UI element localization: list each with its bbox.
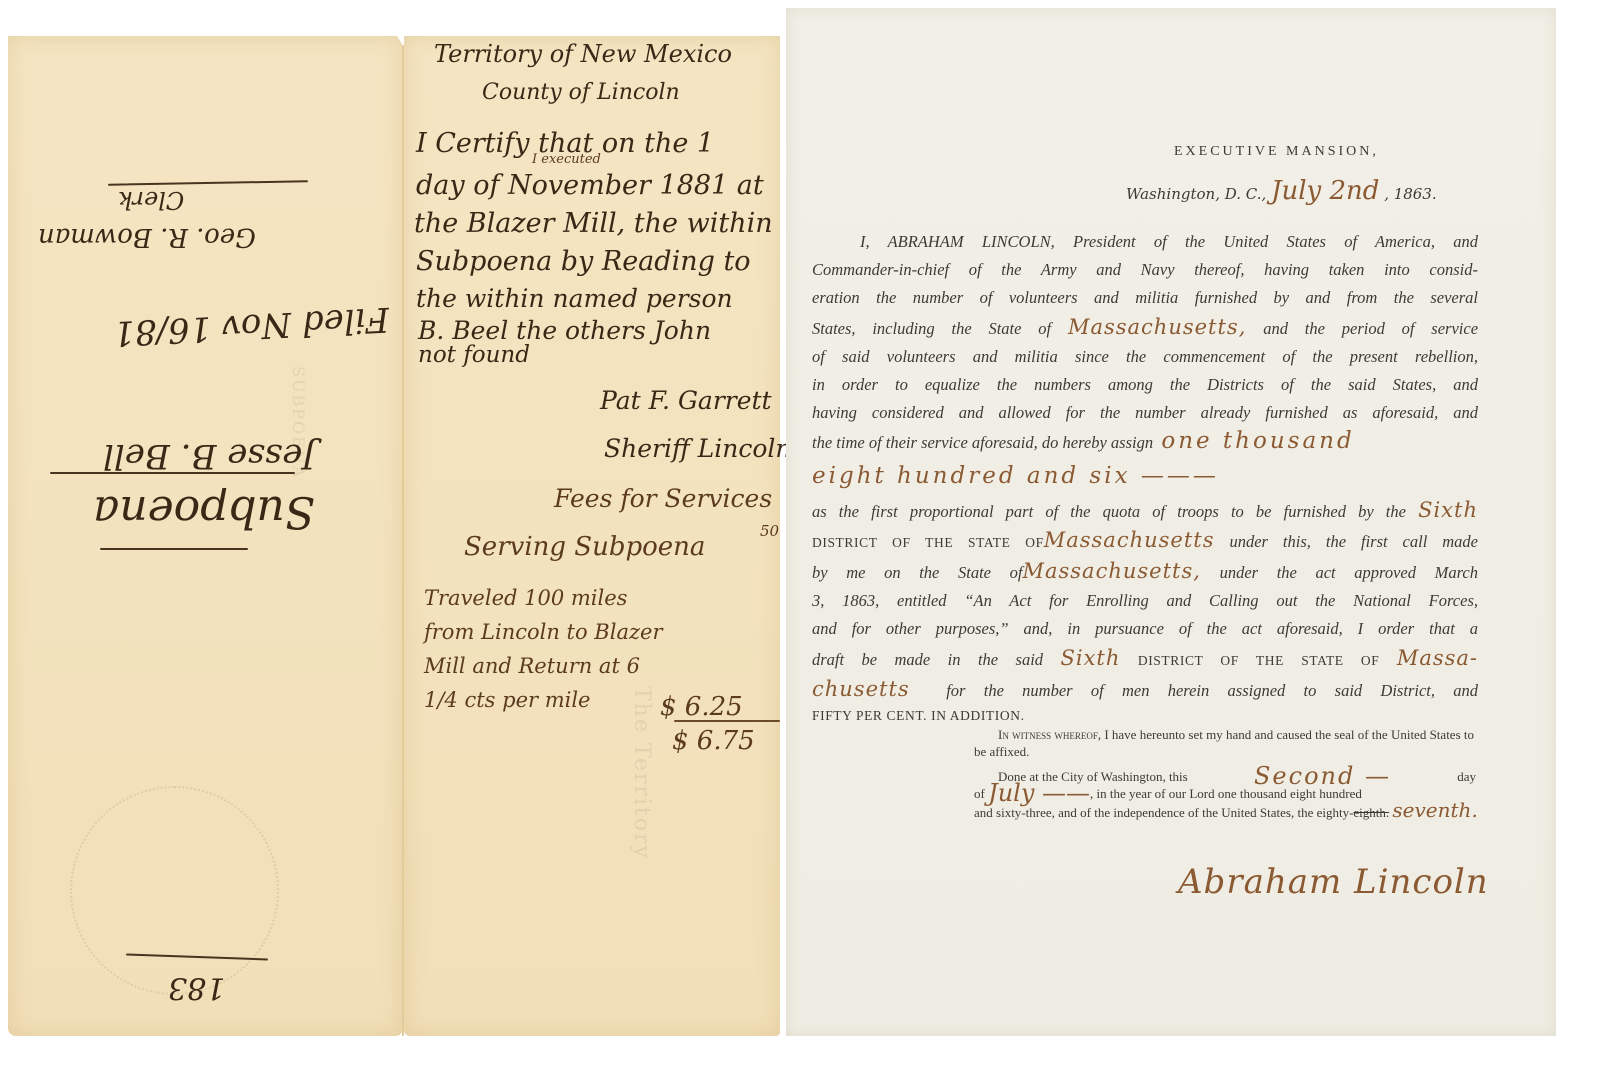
body-line-10: as the first proportional part of the qu… <box>812 496 1478 526</box>
return-line-4: day of November 1881 at <box>416 170 764 201</box>
lincoln-signature: Abraham Lincoln <box>1178 862 1489 902</box>
body-line-4-end: and the period of service <box>1263 319 1478 338</box>
letterhead-city: Washington, D. C., <box>1126 185 1266 203</box>
return-line-7: the within named person <box>416 284 733 313</box>
sheriff-title: Sheriff Lincoln <box>604 434 791 463</box>
fee-subtotal: $ 6.25 <box>660 692 743 722</box>
return-line-1: Territory of New Mexico <box>434 40 732 68</box>
body-line-12-start: by me on the State of <box>812 563 1022 582</box>
docket-names: Jesse B. Bell <box>103 436 316 476</box>
body-line-3: eration the number of volunteers and mil… <box>812 284 1478 312</box>
return-line-5: the Blazer Mill, the within <box>414 208 773 239</box>
fees-heading: Fees for Services <box>554 484 772 513</box>
docket-clerk-name: Geo. R. Bowman <box>38 222 256 252</box>
body-line-11-start: DISTRICT OF THE STATE OF <box>812 535 1044 550</box>
done-text-d: , in the year of our Lord one thousand e… <box>1090 785 1362 802</box>
body-line-16: chusetts for the number of men herein as… <box>812 675 1478 705</box>
struck-word: eighth. <box>1353 805 1389 820</box>
body-line-6: in order to equalize the numbers among t… <box>812 371 1478 399</box>
fee-amount-serving: 50 <box>760 522 779 540</box>
return-line-2: County of Lincoln <box>482 80 680 105</box>
handwritten-quota-2: eight hundred and six ——— <box>812 463 1219 489</box>
body-line-15-caps: DISTRICT OF THE STATE OF <box>1138 653 1380 668</box>
done-text-e: and sixty-three, and of the independence… <box>974 805 1353 820</box>
handwritten-district-2: Sixth <box>1060 646 1120 670</box>
docket-rule-top <box>108 180 308 185</box>
body-line-11-end: under this, the first call made <box>1229 532 1478 551</box>
handwritten-day: Second — <box>1254 768 1391 785</box>
return-line-9: not found <box>418 342 530 368</box>
body-line-8: the time of their service aforesaid, do … <box>812 427 1478 457</box>
proclamation-body: I, ABRAHAM LINCOLN, President of the Uni… <box>812 228 1478 727</box>
docket-number: 183 <box>168 970 225 1005</box>
body-line-2: Commander-in-chief of the Army and Navy … <box>812 256 1478 284</box>
body-line-15: draft be made in the said Sixth DISTRICT… <box>812 644 1478 675</box>
sheriff-signature: Pat F. Garrett <box>600 386 772 415</box>
handwritten-state-4-cont: chusetts <box>812 677 910 701</box>
body-line-7: having considered and allowed for the nu… <box>812 399 1478 427</box>
docket-rule-bottom <box>100 548 248 550</box>
handwritten-state-3: Massachusetts, <box>1022 559 1200 583</box>
handwritten-month: July —— <box>988 785 1090 802</box>
handwritten-state-1: Massachusetts, <box>1068 315 1246 339</box>
docket-filed-note: Filed Nov 16/81 <box>112 299 390 353</box>
body-line-10-start: as the first proportional part of the qu… <box>812 502 1406 521</box>
handwritten-correction: seventh. <box>1392 798 1477 822</box>
body-line-14: and for other purposes,” and, in pursuan… <box>812 615 1478 643</box>
body-line-17: FIFTY PER CENT. IN ADDITION. <box>812 705 1478 727</box>
return-line-6: Subpoena by Reading to <box>416 246 751 277</box>
embossed-seal-icon <box>70 786 279 995</box>
body-line-1: I, ABRAHAM LINCOLN, President of the Uni… <box>812 228 1478 256</box>
done-clause: Done at the City of Washington, this Sec… <box>974 768 1476 821</box>
docket-rule-middle <box>50 472 295 474</box>
handwritten-quota-1: one thousand <box>1161 428 1354 454</box>
fee-total: $ 6.75 <box>672 726 755 756</box>
body-line-4: States, including the State of Massachus… <box>812 313 1478 343</box>
done-text-b: day <box>1457 768 1476 785</box>
subpoena-document: SUBPOENA Clerk Geo. R. Bowman Filed Nov … <box>8 36 780 1036</box>
handwritten-date: July 2nd <box>1271 176 1379 206</box>
handwritten-state-4: Massa- <box>1397 646 1478 670</box>
body-line-4-start: States, including the State of <box>812 319 1051 338</box>
handwritten-state-2: Massachusetts <box>1044 528 1215 552</box>
handwritten-district-1: Sixth <box>1418 498 1478 522</box>
body-line-12-end: under the act approved March <box>1220 563 1478 582</box>
return-line-8: B. Beel the others John <box>418 316 711 345</box>
witness-lead: In witness whereof, <box>974 727 1101 742</box>
total-rule <box>674 720 780 722</box>
docket-title: Subpoena <box>93 486 315 537</box>
fee-item-travel: Traveled 100 miles from Lincoln to Blaze… <box>424 581 674 717</box>
body-line-9: eight hundred and six ——— <box>812 458 1478 496</box>
body-line-8-start: the time of their service aforesaid, do … <box>812 433 1153 452</box>
letterhead-place: Washington, D. C., July 2nd , 1863. <box>1126 176 1437 206</box>
body-line-13: 3, 1863, entitled “An Act for Enrolling … <box>812 587 1478 615</box>
subpoena-return-panel: The Territory Territory of New Mexico Co… <box>404 36 780 1036</box>
witness-clause: In witness whereof, I have hereunto set … <box>974 726 1476 760</box>
done-text-c: of <box>974 785 985 802</box>
lincoln-proclamation: EXECUTIVE MANSION, Washington, D. C., Ju… <box>786 8 1556 1036</box>
body-line-12: by me on the State ofMassachusetts, unde… <box>812 557 1478 587</box>
letterhead-year: , 1863. <box>1384 185 1436 203</box>
body-line-16-end: for the number of men herein assigned to… <box>946 681 1478 700</box>
docket-clerk-title: Clerk <box>118 186 184 214</box>
body-line-5: of said volunteers and militia since the… <box>812 343 1478 371</box>
return-interlineation: I executed <box>532 152 601 167</box>
subpoena-back-panel: SUBPOENA Clerk Geo. R. Bowman Filed Nov … <box>8 36 402 1036</box>
letterhead-title: EXECUTIVE MANSION, <box>1174 144 1379 160</box>
fee-item-serving: Serving Subpoena <box>464 532 705 562</box>
done-line-3: and sixty-three, and of the independence… <box>974 802 1476 821</box>
body-line-11: DISTRICT OF THE STATE OFMassachusetts un… <box>812 526 1478 557</box>
body-line-15-start: draft be made in the said <box>812 650 1043 669</box>
